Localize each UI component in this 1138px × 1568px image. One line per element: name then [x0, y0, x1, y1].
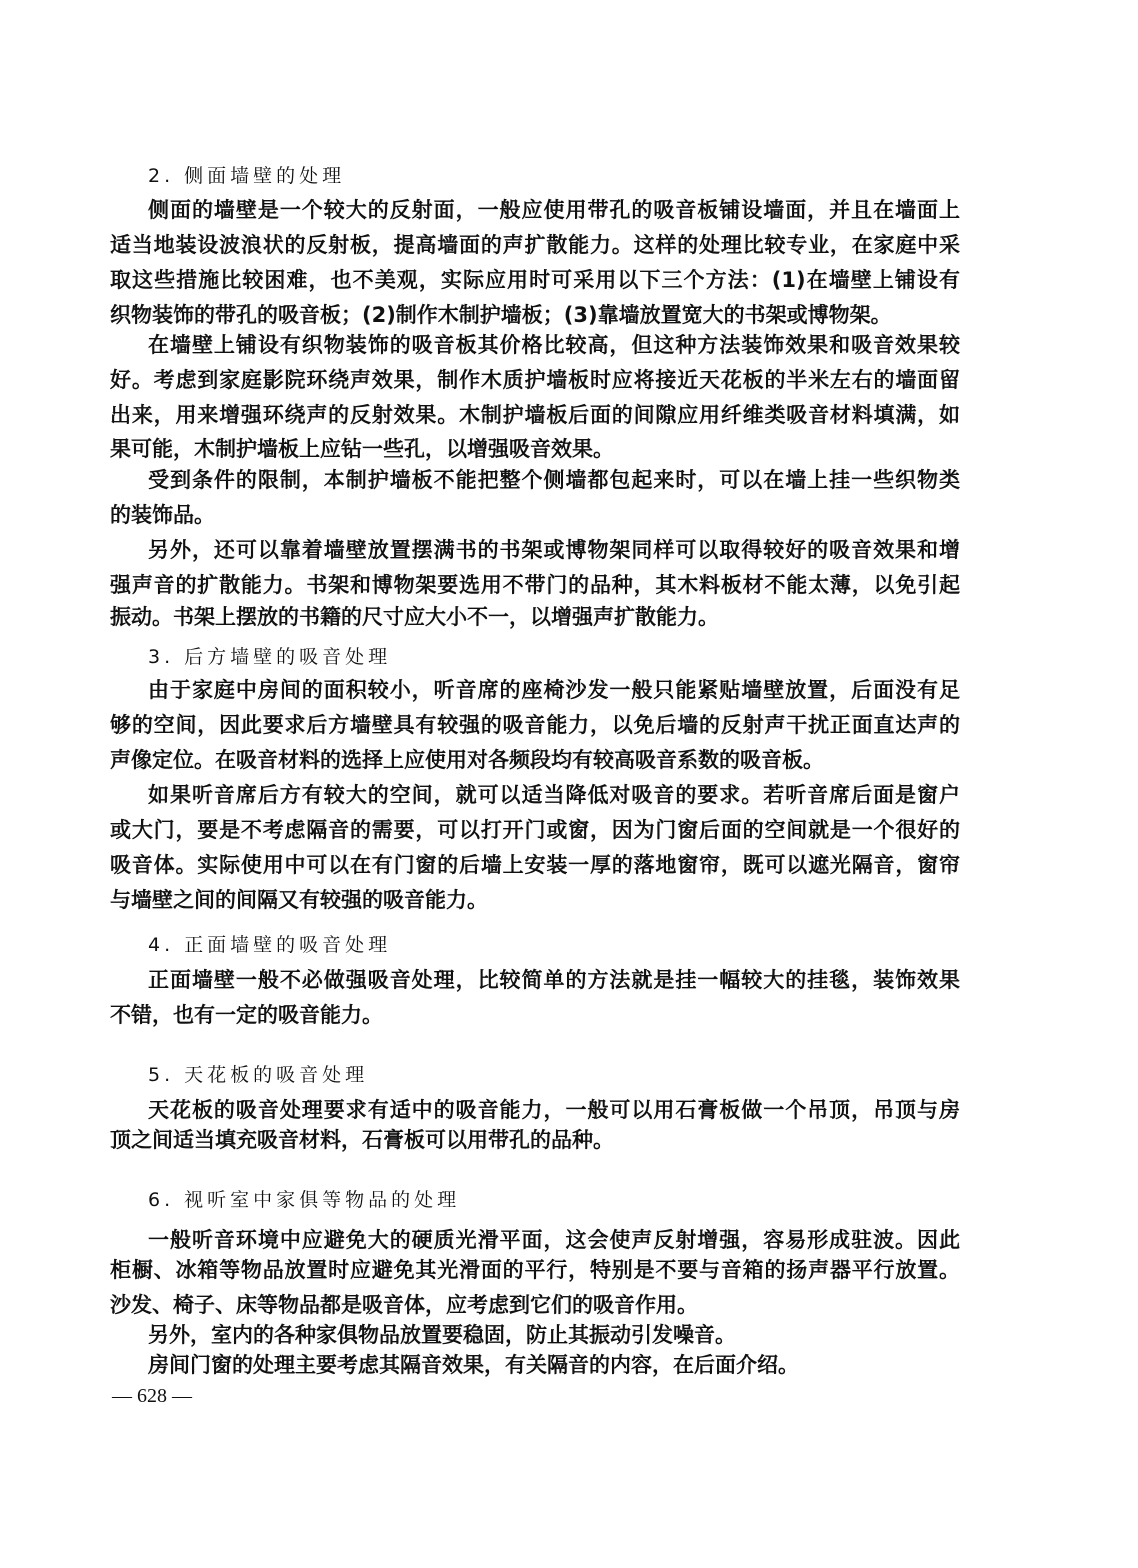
- paragraph-line: 出来，用来增强环绕声的反射效果。木制护墙板后面的间隙应用纤维类吸音材料填满，如: [110, 398, 960, 432]
- section-heading-rear-wall: 3. 后方墙壁的吸音处理: [148, 642, 391, 672]
- paragraph-line: 织物装饰的带孔的吸音板；(2)制作木制护墙板；(3)靠墙放置宽大的书架或博物架。: [110, 298, 960, 332]
- paragraph-line: 振动。书架上摆放的书籍的尺寸应大小不一，以增强声扩散能力。: [110, 600, 960, 634]
- page-number: — 628 —: [112, 1382, 192, 1410]
- paragraph-line: 侧面的墙壁是一个较大的反射面，一般应使用带孔的吸音板铺设墙面，并且在墙面上: [148, 193, 960, 227]
- paragraph-line: 或大门，要是不考虑隔音的需要，可以打开门或窗，因为门窗后面的空间就是一个很好的: [110, 813, 960, 847]
- paragraph-line: 受到条件的限制，本制护墙板不能把整个侧墙都包起来时，可以在墙上挂一些织物类: [148, 463, 960, 497]
- paragraph-line: 如果听音席后方有较大的空间，就可以适当降低对吸音的要求。若听音席后面是窗户: [148, 778, 960, 812]
- section-heading-side-walls: 2. 侧面墙壁的处理: [148, 161, 345, 191]
- paragraph-line: 一般听音环境中应避免大的硬质光滑平面，这会使声反射增强，容易形成驻波。因此: [148, 1223, 960, 1257]
- paragraph-line: 另外，还可以靠着墙壁放置摆满书的书架或博物架同样可以取得较好的吸音效果和增: [148, 533, 960, 567]
- section-heading-furniture: 6. 视听室中家俱等物品的处理: [148, 1185, 460, 1215]
- paragraph-line: 天花板的吸音处理要求有适中的吸音能力，一般可以用石膏板做一个吊顶，吊顶与房: [148, 1093, 960, 1127]
- paragraph-line: 声像定位。在吸音材料的选择上应使用对各频段均有较高吸音系数的吸音板。: [110, 743, 960, 777]
- paragraph-line: 与墙壁之间的间隔又有较强的吸音能力。: [110, 883, 960, 917]
- paragraph-line: 取这些措施比较困难，也不美观，实际应用时可采用以下三个方法：(1)在墙壁上铺设有: [110, 263, 960, 297]
- paragraph-line: 果可能，木制护墙板上应钻一些孔，以增强吸音效果。: [110, 432, 960, 466]
- paragraph-line: 由于家庭中房间的面积较小，听音席的座椅沙发一般只能紧贴墙壁放置，后面没有足: [148, 673, 960, 707]
- paragraph-line: 柜橱、冰箱等物品放置时应避免其光滑面的平行，特别是不要与音箱的扬声器平行放置。: [110, 1253, 960, 1287]
- paragraph-line: 吸音体。实际使用中可以在有门窗的后墙上安装一厚的落地窗帘，既可以遮光隔音，窗帘: [110, 848, 960, 882]
- paragraph-line: 房间门窗的处理主要考虑其隔音效果，有关隔音的内容，在后面介绍。: [148, 1348, 960, 1382]
- paragraph-line: 不错，也有一定的吸音能力。: [110, 998, 960, 1032]
- section-heading-front-wall: 4. 正面墙壁的吸音处理: [148, 930, 391, 960]
- paragraph-line: 好。考虑到家庭影院环绕声效果，制作木质护墙板时应将接近天花板的半米左右的墙面留: [110, 363, 960, 397]
- section-heading-ceiling: 5. 天花板的吸音处理: [148, 1060, 368, 1090]
- paragraph-line: 适当地装设波浪状的反射板，提高墙面的声扩散能力。这样的处理比较专业，在家庭中采: [110, 228, 960, 262]
- paragraph-line: 强声音的扩散能力。书架和博物架要选用不带门的品种，其木料板材不能太薄，以免引起: [110, 568, 960, 602]
- paragraph-line: 够的空间，因此要求后方墙壁具有较强的吸音能力，以免后墙的反射声干扰正面直达声的: [110, 708, 960, 742]
- paragraph-line: 另外，室内的各种家俱物品放置要稳固，防止其振动引发噪音。: [148, 1318, 960, 1352]
- paragraph-line: 的装饰品。: [110, 498, 960, 532]
- paragraph-line: 正面墙壁一般不必做强吸音处理，比较简单的方法就是挂一幅较大的挂毯，装饰效果: [148, 963, 960, 997]
- paragraph-line: 在墙壁上铺设有织物装饰的吸音板其价格比较高，但这种方法装饰效果和吸音效果较: [148, 328, 960, 362]
- paragraph-line: 顶之间适当填充吸音材料，石膏板可以用带孔的品种。: [110, 1123, 960, 1157]
- paragraph-line: 沙发、椅子、床等物品都是吸音体，应考虑到它们的吸音作用。: [110, 1288, 960, 1322]
